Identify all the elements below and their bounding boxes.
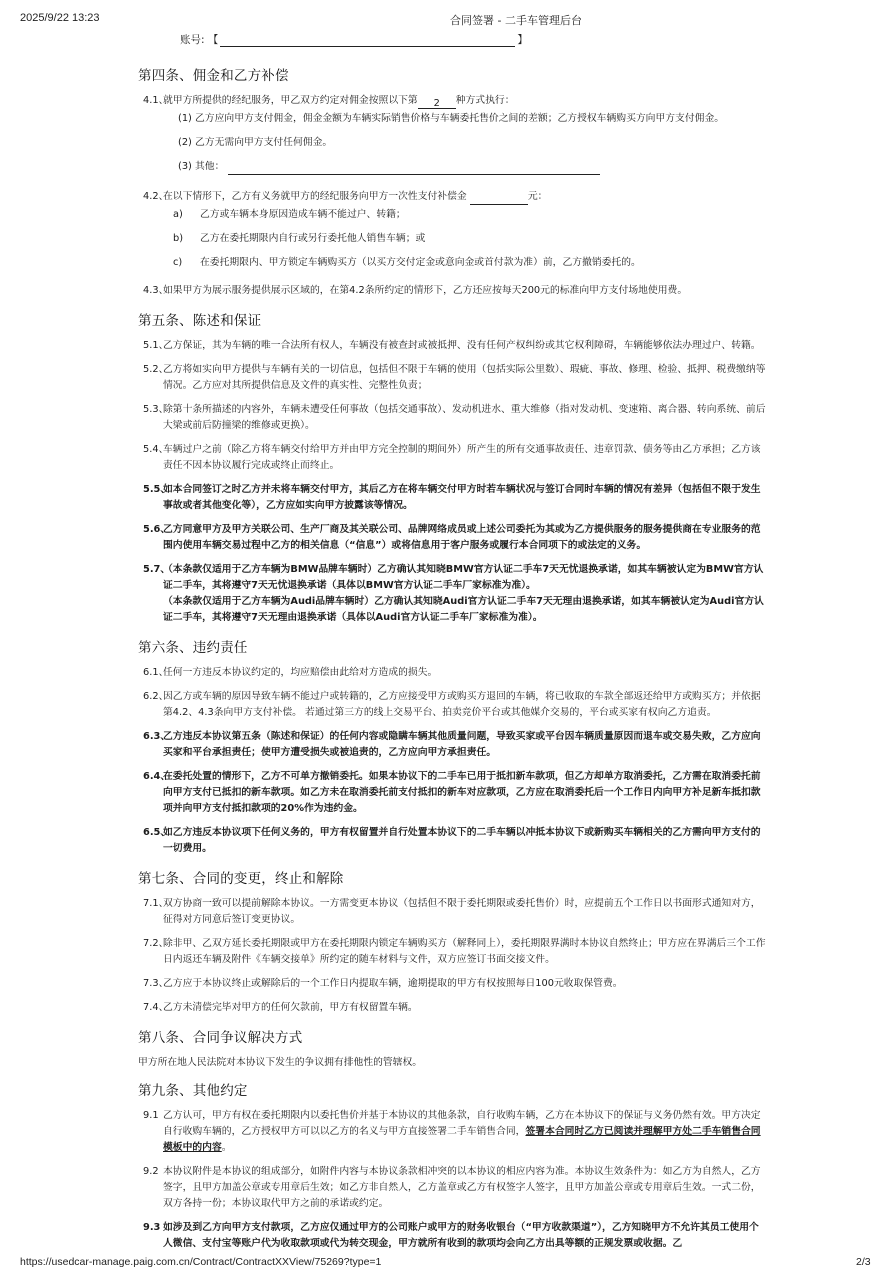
item-label: c) — [173, 255, 182, 271]
clause-5-1: 5.1、 乙方保证，其为车辆的唯一合法所有权人，车辆没有被查封或被抵押、没有任何… — [138, 338, 768, 354]
clause-9-3: 9.3 如涉及到乙方向甲方支付款项，乙方应仅通过甲方的公司账户或甲方的财务收银台… — [138, 1220, 768, 1252]
clause-5-5: 5.5、 如本合同签订之时乙方并未将车辆交付甲方，其后乙方在将车辆交付甲方时若车… — [138, 482, 768, 514]
option-label: (2) — [178, 137, 192, 148]
clause-number: 5.3、 — [143, 402, 168, 418]
clause-number: 6.5、 — [143, 825, 170, 841]
commission-option-value: 2 — [418, 96, 456, 109]
clause-text: 乙方未清偿完毕对甲方的任何欠款前，甲方有权留置车辆。 — [163, 1000, 768, 1016]
clause-5-4: 5.4、 车辆过户之前（除乙方将车辆交付给甲方并由甲方完全控制的期间外）所产生的… — [138, 442, 768, 474]
clause-text: 除非甲、乙双方延长委托期限或甲方在委托期限内锁定车辆购买方（解释同上），委托期限… — [163, 936, 768, 968]
clause-6-2: 6.2、 因乙方或车辆的原因导致车辆不能过户或转籍的，乙方应接受甲方或购买方退回… — [138, 689, 768, 721]
option-text: 乙方无需向甲方支付任何佣金。 — [195, 137, 332, 148]
option-text: 其他： — [195, 161, 224, 172]
condition-b: b) 乙方在委托期限内自行或另行委托他人销售车辆；或 — [138, 231, 768, 247]
clause-text: 乙方将如实向甲方提供与车辆有关的一切信息，包括但不限于车辆的使用（包括实际公里数… — [163, 362, 768, 394]
clause-number: 6.4、 — [143, 769, 170, 785]
clause-text: 乙方保证，其为车辆的唯一合法所有权人，车辆没有被查封或被抵押、没有任何产权纠纷或… — [163, 338, 768, 354]
clause-text: 双方协商一致可以提前解除本协议。一方需变更本协议（包括但不限于委托期限或委托售价… — [163, 896, 768, 928]
clause-7-2: 7.2、 除非甲、乙双方延长委托期限或甲方在委托期限内锁定车辆购买方（解释同上）… — [138, 936, 768, 968]
clause-number: 7.2、 — [143, 936, 168, 952]
compensation-amount-field — [470, 192, 528, 205]
print-url: https://usedcar-manage.paig.com.cn/Contr… — [20, 1256, 381, 1268]
commission-option-2: (2) 乙方无需向甲方支付任何佣金。 — [138, 135, 768, 151]
clause-text: 乙方应于本协议终止或解除后的一个工作日内提取车辆，逾期提取的甲方有权按照每日10… — [163, 976, 768, 992]
item-text: 乙方在委托期限内自行或另行委托他人销售车辆；或 — [200, 233, 425, 244]
clause-text: 乙方同意甲方及甲方关联公司、生产厂商及其关联公司、品牌网络成员或上述公司委托为其… — [163, 522, 768, 554]
clause-number: 5.4、 — [143, 442, 168, 458]
clause-text: 车辆过户之前（除乙方将车辆交付给甲方并由甲方完全控制的期间外）所产生的所有交通事… — [163, 442, 768, 474]
clause-text: 在委托处置的情形下，乙方不可单方撤销委托。如果本协议下的二手车已用于抵扣新车款项… — [163, 769, 768, 817]
commission-option-3: (3) 其他： — [138, 159, 768, 175]
clause-number: 6.1、 — [143, 665, 168, 681]
clause-6-3: 6.3、 乙方违反本协议第五条（陈述和保证）的任何内容或隐瞒车辆其他质量问题，导… — [138, 729, 768, 761]
clause-5-6: 5.6、 乙方同意甲方及甲方关联公司、生产厂商及其关联公司、品牌网络成员或上述公… — [138, 522, 768, 554]
option-label: (3) — [178, 161, 192, 172]
clause-text: 元： — [528, 191, 548, 202]
item-text: 在委托期限内、甲方锁定车辆购买方（以买方交付定金或意向金或首付款为准）前，乙方撤… — [200, 257, 641, 268]
clause-number: 4.3、 — [143, 283, 168, 299]
clause-number: 9.1 — [143, 1108, 159, 1124]
account-close-bracket: 】 — [517, 34, 528, 46]
condition-a: a) 乙方或车辆本身原因造成车辆不能过户、转籍； — [138, 207, 768, 223]
contract-body: 第四条、佣金和乙方补偿 4.1、 就甲方所提供的经纪服务，甲乙双方约定对佣金按照… — [138, 64, 768, 1260]
section-9-title: 第九条、其他约定 — [138, 1079, 768, 1099]
clause-text: 乙方违反本协议第五条（陈述和保证）的任何内容或隐瞒车辆其他质量问题，导致买家或平… — [163, 729, 768, 761]
clause-number: 5.2、 — [143, 362, 168, 378]
section-5-title: 第五条、陈述和保证 — [138, 309, 768, 329]
clause-number: 7.3、 — [143, 976, 168, 992]
clause-number: 5.1、 — [143, 338, 168, 354]
print-page-title: 合同签署 - 二手车管理后台 — [450, 12, 582, 28]
account-field — [220, 35, 515, 47]
clause-number: 5.7、 — [143, 562, 170, 578]
clause-number: 9.2 — [143, 1164, 159, 1180]
clause-text: 任何一方违反本协议约定的，均应赔偿由此给对方造成的损失。 — [163, 665, 768, 681]
item-label: a) — [173, 207, 183, 223]
item-label: b) — [173, 231, 183, 247]
commission-option-1: (1) 乙方应向甲方支付佣金，佣金金额为车辆实际销售价格与车辆委托售价之间的差额… — [138, 111, 768, 127]
clause-5-2: 5.2、 乙方将如实向甲方提供与车辆有关的一切信息，包括但不限于车辆的使用（包括… — [138, 362, 768, 394]
clause-number: 4.2、 — [143, 189, 168, 205]
account-line: 账号: 【】 — [180, 32, 528, 47]
clause-5-7: 5.7、 （本条款仅适用于乙方车辆为BMW品牌车辆时）乙方确认其知晓BMW官方认… — [138, 562, 768, 626]
clause-text: 如本合同签订之时乙方并未将车辆交付甲方，其后乙方在将车辆交付甲方时若车辆状况与签… — [163, 482, 768, 514]
clause-text: 如果甲方为展示服务提供展示区域的，在第4.2条所约定的情形下，乙方还应按每天20… — [163, 283, 768, 299]
clause-7-1: 7.1、 双方协商一致可以提前解除本协议。一方需变更本协议（包括但不限于委托期限… — [138, 896, 768, 928]
clause-4-1: 4.1、 就甲方所提供的经纪服务，甲乙双方约定对佣金按照以下第2种方式执行： — [138, 93, 768, 109]
other-option-field — [228, 162, 600, 175]
clause-number: 5.6、 — [143, 522, 170, 538]
clause-6-1: 6.1、 任何一方违反本协议约定的，均应赔偿由此给对方造成的损失。 — [138, 665, 768, 681]
option-text: 乙方应向甲方支付佣金，佣金金额为车辆实际销售价格与车辆委托售价之间的差额；乙方授… — [195, 113, 724, 124]
clause-number: 9.3 — [143, 1220, 160, 1236]
clause-text: 本协议附件是本协议的组成部分，如附件内容与本协议条款相冲突的以本协议的相应内容为… — [163, 1164, 768, 1212]
clause-5-3: 5.3、 除第十条所描述的内容外，车辆未遭受任何事故（包括交通事故）、发动机进水… — [138, 402, 768, 434]
page-number: 2/3 — [856, 1256, 871, 1268]
clause-number: 7.4、 — [143, 1000, 168, 1016]
section-6-title: 第六条、违约责任 — [138, 636, 768, 656]
clause-text: 种方式执行： — [456, 95, 515, 106]
account-label: 账号: — [180, 34, 205, 46]
clause-9-2: 9.2 本协议附件是本协议的组成部分，如附件内容与本协议条款相冲突的以本协议的相… — [138, 1164, 768, 1212]
account-open-bracket: 【 — [208, 34, 219, 46]
section-7-title: 第七条、合同的变更，终止和解除 — [138, 867, 768, 887]
clause-number: 5.5、 — [143, 482, 170, 498]
clause-4-3: 4.3、 如果甲方为展示服务提供展示区域的，在第4.2条所约定的情形下，乙方还应… — [138, 283, 768, 299]
item-text: 乙方或车辆本身原因造成车辆不能过户、转籍； — [200, 209, 406, 220]
section-8-title: 第八条、合同争议解决方式 — [138, 1026, 768, 1046]
clause-text: 就甲方所提供的经纪服务，甲乙双方约定对佣金按照以下第 — [163, 95, 418, 106]
clause-9-1: 9.1 乙方认可，甲方有权在委托期限内以委托售价并基于本协议的其他条款，自行收购… — [138, 1108, 768, 1156]
clause-text: 在以下情形下，乙方有义务就甲方的经纪服务向甲方一次性支付补偿金 — [163, 191, 467, 202]
clause-number: 6.2、 — [143, 689, 168, 705]
clause-text: 除第十条所描述的内容外，车辆未遭受任何事故（包括交通事故）、发动机进水、重大维修… — [163, 402, 768, 434]
clause-number: 6.3、 — [143, 729, 170, 745]
clause-text: 因乙方或车辆的原因导致车辆不能过户或转籍的，乙方应接受甲方或购买方退回的车辆，将… — [163, 689, 768, 721]
clause-6-4: 6.4、 在委托处置的情形下，乙方不可单方撤销委托。如果本协议下的二手车已用于抵… — [138, 769, 768, 817]
section-8-text: 甲方所在地人民法院对本协议下发生的争议拥有排他性的管辖权。 — [138, 1055, 768, 1071]
clause-6-5: 6.5、 如乙方违反本协议项下任何义务的，甲方有权留置并自行处置本协议下的二手车… — [138, 825, 768, 857]
clause-text-bmw: （本条款仅适用于乙方车辆为BMW品牌车辆时）乙方确认其知晓BMW官方认证二手车7… — [163, 562, 768, 594]
section-4-title: 第四条、佣金和乙方补偿 — [138, 64, 768, 84]
clause-4-2: 4.2、 在以下情形下，乙方有义务就甲方的经纪服务向甲方一次性支付补偿金 元： — [138, 189, 768, 205]
clause-7-4: 7.4、 乙方未清偿完毕对甲方的任何欠款前，甲方有权留置车辆。 — [138, 1000, 768, 1016]
clause-text: 如乙方违反本协议项下任何义务的，甲方有权留置并自行处置本协议下的二手车辆以冲抵本… — [163, 825, 768, 857]
clause-text: 如涉及到乙方向甲方支付款项，乙方应仅通过甲方的公司账户或甲方的财务收银台（“甲方… — [163, 1220, 768, 1252]
clause-text-audi: （本条款仅适用于乙方车辆为Audi品牌车辆时）乙方确认其知晓Audi官方认证二手… — [163, 594, 768, 626]
print-datetime: 2025/9/22 13:23 — [20, 12, 100, 24]
clause-7-3: 7.3、 乙方应于本协议终止或解除后的一个工作日内提取车辆，逾期提取的甲方有权按… — [138, 976, 768, 992]
print-header: 2025/9/22 13:23 合同签署 - 二手车管理后台 — [0, 12, 893, 28]
condition-c: c) 在委托期限内、甲方锁定车辆购买方（以买方交付定金或意向金或首付款为准）前，… — [138, 255, 768, 271]
clause-number: 4.1、 — [143, 93, 168, 109]
clause-number: 7.1、 — [143, 896, 168, 912]
clause-text-end: 。 — [222, 1142, 232, 1153]
option-label: (1) — [178, 113, 192, 124]
